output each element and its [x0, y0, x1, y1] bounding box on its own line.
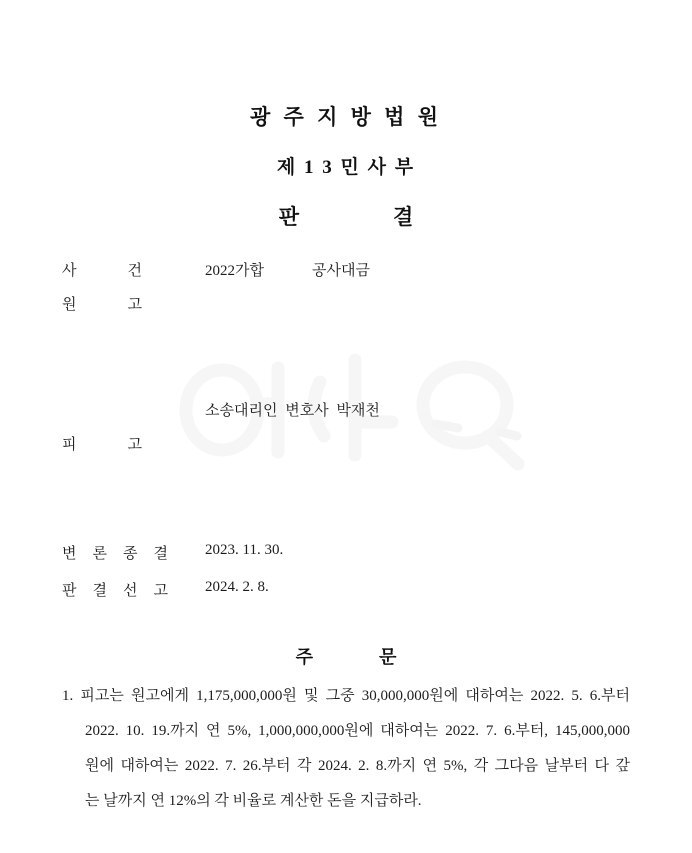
order-heading-char-1: 주 [296, 643, 313, 669]
judgment-document-page: 광 주 지 방 법 원 제 1 3 민 사 부 판 결 사 건 2022가합 공… [0, 0, 692, 853]
sentencing-label-char-2: 결 [93, 579, 108, 600]
case-number: 2022가합 [205, 259, 264, 280]
division-name: 제 1 3 민 사 부 [0, 152, 692, 179]
judgment-title-char-2: 결 [393, 201, 413, 231]
sentencing-label-char-3: 선 [123, 579, 138, 600]
sentencing-date: 2024. 2. 8. [205, 579, 269, 596]
sentencing-label-char-4: 고 [154, 579, 169, 600]
order-heading: 주 문 [0, 643, 692, 669]
case-type: 공사대금 [312, 259, 370, 280]
sentencing-label: 판 결 선 고 [62, 579, 168, 600]
plaintiff-row: 원 고 [62, 293, 142, 314]
hearing-closed-label: 변 론 종 결 [62, 542, 168, 563]
hearing-label-char-1: 변 [62, 542, 77, 563]
defendant-label-char-1: 피 [62, 433, 77, 454]
hearing-closed-row: 변 론 종 결 2023. 11. 30. [62, 542, 168, 563]
case-label-char-1: 사 [62, 259, 77, 280]
order-line-4: 는 날까지 연 12%의 각 비율로 계산한 돈을 지급하라. [62, 784, 630, 819]
order-heading-char-2: 문 [379, 643, 396, 669]
plaintiff-label: 원 고 [62, 293, 142, 314]
hearing-closed-date: 2023. 11. 30. [205, 542, 283, 559]
order-paragraph: 1. 피고는 원고에게 1,175,000,000원 및 그중 30,000,0… [62, 679, 630, 819]
order-line-2: 2022. 10. 19.까지 연 5%, 1,000,000,000원에 대하… [62, 714, 630, 749]
plaintiff-label-char-2: 고 [128, 293, 143, 314]
order-line-1: 1. 피고는 원고에게 1,175,000,000원 및 그중 30,000,0… [62, 679, 630, 714]
order-line-3: 원에 대하여는 2022. 7. 26.부터 각 2024. 2. 8.까지 연… [62, 749, 630, 784]
attorney-line: 소송대리인 변호사 박재천 [205, 399, 380, 420]
sentencing-row: 판 결 선 고 2024. 2. 8. [62, 579, 168, 600]
defendant-row: 피 고 [62, 433, 142, 454]
judgment-title: 판 결 [0, 201, 692, 231]
hearing-label-char-2: 론 [93, 542, 108, 563]
judgment-title-char-1: 판 [279, 201, 299, 231]
hearing-label-char-4: 결 [154, 542, 169, 563]
defendant-label-char-2: 고 [128, 433, 143, 454]
court-name: 광 주 지 방 법 원 [0, 101, 692, 131]
case-label: 사 건 [62, 259, 142, 280]
sentencing-label-char-1: 판 [62, 579, 77, 600]
case-label-char-2: 건 [128, 259, 143, 280]
defendant-label: 피 고 [62, 433, 142, 454]
plaintiff-label-char-1: 원 [62, 293, 77, 314]
case-row: 사 건 2022가합 공사대금 [62, 259, 142, 280]
hearing-label-char-3: 종 [123, 542, 138, 563]
